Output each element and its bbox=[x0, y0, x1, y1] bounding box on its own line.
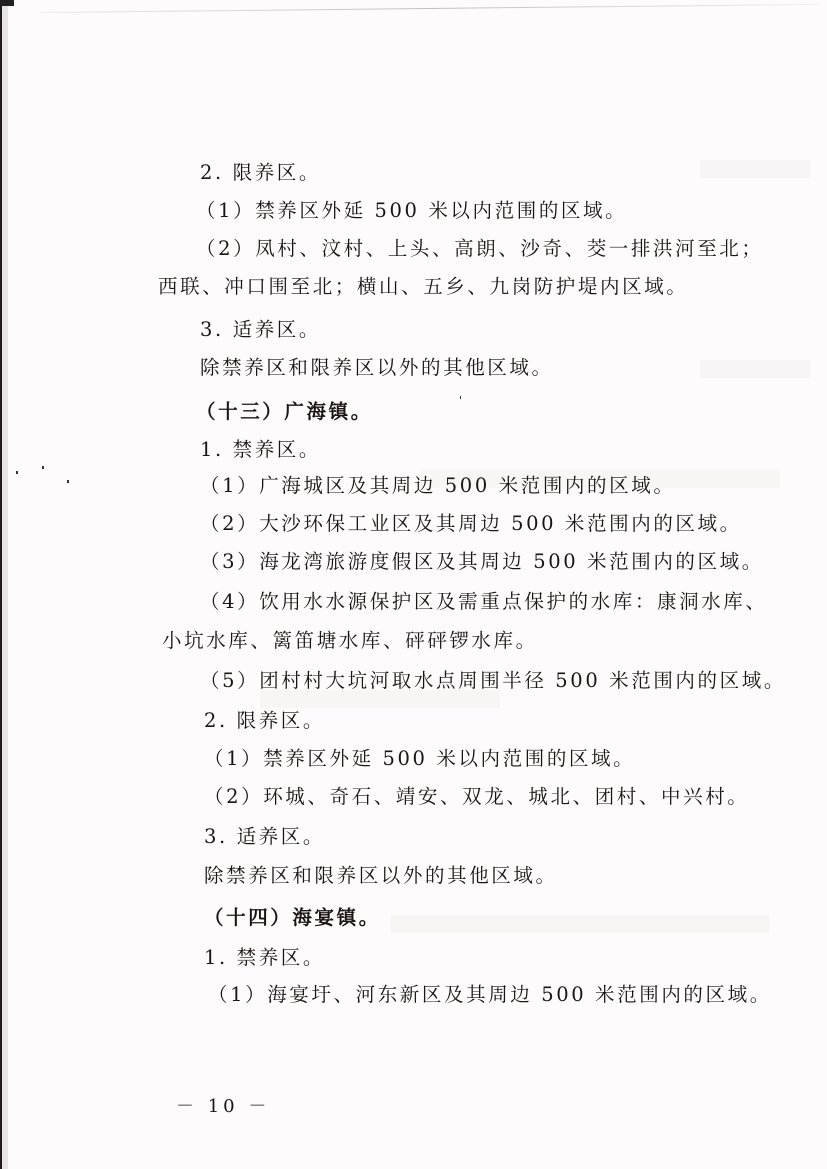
bleed-through-shadow bbox=[390, 915, 770, 933]
subheading-suitable-zone: 3. 适养区。 bbox=[200, 318, 321, 342]
bleed-through-shadow bbox=[700, 360, 810, 378]
scan-page-edge bbox=[0, 0, 8, 1169]
subheading-restricted-zone: 2. 限养区。 bbox=[200, 161, 321, 185]
bleed-through-shadow bbox=[700, 160, 810, 178]
subheading-prohibited-zone: 1. 禁养区。 bbox=[200, 438, 321, 462]
scan-speck bbox=[67, 480, 69, 483]
scan-speck bbox=[42, 466, 44, 469]
scan-speck bbox=[16, 471, 18, 474]
paragraph: 除禁养区和限养区以外的其他区域。 bbox=[200, 356, 554, 380]
scan-corner-mark bbox=[0, 0, 14, 6]
list-item: （1）禁养区外延 500 米以内范围的区域。 bbox=[196, 199, 627, 223]
list-item: （2）环城、奇石、靖安、双龙、城北、团村、中兴村。 bbox=[204, 785, 749, 809]
list-item-continuation: 小坑水库、篱笛塘水库、砰砰锣水库。 bbox=[162, 629, 538, 653]
list-item: （2）大沙环保工业区及其周边 500 米范围内的区域。 bbox=[200, 512, 742, 536]
subheading-restricted-zone: 2. 限养区。 bbox=[204, 709, 325, 733]
list-item: （1）海宴圩、河东新区及其周边 500 米范围内的区域。 bbox=[208, 983, 772, 1007]
list-item: （4）饮用水水源保护区及需重点保护的水库：康洞水库、 bbox=[200, 590, 768, 614]
section-heading-haiyan: （十四）海宴镇。 bbox=[204, 906, 381, 930]
scan-speck bbox=[460, 396, 461, 399]
list-item: （1）广海城区及其周边 500 米范围内的区域。 bbox=[200, 474, 675, 498]
list-item-continuation: 西联、冲口围至北；横山、五乡、九岗防护堤内区域。 bbox=[158, 275, 688, 299]
list-item: （2）凤村、汶村、上头、高朗、沙奇、茭一排洪河至北； bbox=[196, 237, 764, 261]
scan-artifact-line bbox=[40, 4, 820, 13]
paragraph: 除禁养区和限养区以外的其他区域。 bbox=[204, 864, 558, 888]
list-item: （1）禁养区外延 500 米以内范围的区域。 bbox=[204, 747, 635, 771]
page-number: － 10 － bbox=[176, 1092, 270, 1118]
subheading-suitable-zone: 3. 适养区。 bbox=[204, 825, 325, 849]
list-item: （5）团村村大坑河取水点周围半径 500 米范围内的区域。 bbox=[200, 669, 786, 693]
section-heading-guanghai: （十三）广海镇。 bbox=[196, 400, 373, 424]
list-item: （3）海龙湾旅游度假区及其周边 500 米范围内的区域。 bbox=[200, 550, 764, 574]
subheading-prohibited-zone: 1. 禁养区。 bbox=[204, 946, 325, 970]
